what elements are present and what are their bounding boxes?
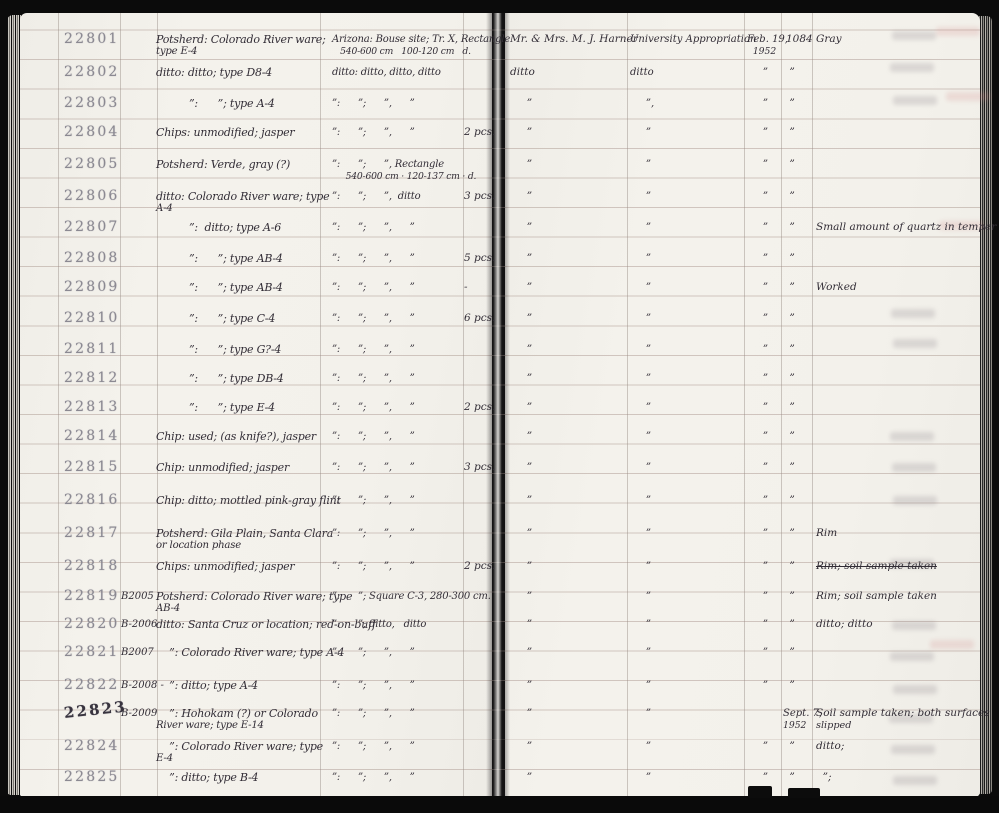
description: ”: ”; type AB-4 [156, 281, 283, 294]
date-received: ” [747, 401, 768, 414]
ledger-row: 22805Potsherd: Verde, gray (?)”: ”; ”, R… [0, 158, 999, 192]
received-from: ” [510, 158, 532, 171]
remarks: ditto; [816, 740, 844, 753]
accession-number: ” [786, 66, 795, 79]
accession-number: ” [786, 401, 795, 414]
catalog-number: 22817 [64, 527, 120, 540]
pieces-count: 6 pcs. [464, 312, 495, 325]
ledger-row: 22810 ”: ”; type C-4”: ”; ”, ”6 pcs. ” ”… [0, 312, 999, 346]
how-acquired: ” [630, 221, 651, 234]
received-from: ” [510, 590, 532, 603]
catalog-number: 22803 [64, 97, 120, 110]
accession-number: ” [786, 190, 795, 203]
received-from: ” [510, 461, 532, 474]
b-number: B-2009 [121, 707, 157, 720]
description: ”: Colorado River ware; typeE-4 [156, 740, 323, 765]
description: ditto: ditto; type D8-4 [156, 66, 272, 79]
catalog-number: 22811 [64, 343, 120, 356]
remarks: Gray [816, 33, 842, 46]
locality: ”: ”; ”, ” [332, 646, 415, 659]
date-received: ” [747, 494, 768, 507]
date-received: ” [747, 66, 768, 79]
locality: ”: ”; ”, ” [332, 527, 415, 540]
ledger-row: 22821B2007 ”: Colorado River ware; type … [0, 646, 999, 680]
received-from: ” [510, 707, 532, 720]
description: Chip: unmodified; jasper [156, 461, 289, 474]
accession-number: ” [786, 343, 795, 356]
accession-number: ” [786, 312, 795, 325]
locality: ”: ”; ”, ” [332, 312, 415, 325]
received-from: ” [510, 740, 532, 753]
description: ”: ditto; type A-6 [156, 221, 281, 234]
ledger-row: 22804Chips: unmodified; jasper”: ”; ”, ”… [0, 126, 999, 160]
catalog-number: 22802 [64, 66, 120, 79]
date-received: ” [747, 343, 768, 356]
catalog-number: 22813 [64, 401, 120, 414]
description: ditto: Colorado River ware; typeA-4 [156, 190, 329, 215]
accession-number: ” [786, 97, 795, 110]
description: Potsherd: Colorado River ware;type E-4 [156, 33, 326, 58]
description: ”: ditto; type B-4 [156, 771, 258, 784]
how-acquired: ” [630, 343, 651, 356]
description: ”: Hohokam (?) or ColoradoRiver ware; ty… [156, 707, 318, 732]
description: Potsherd: Gila Plain, Santa Claraor loca… [156, 527, 333, 552]
received-from: ” [510, 372, 532, 385]
locality: ”: ”; ”, ” [332, 343, 415, 356]
how-acquired: ” [630, 707, 651, 720]
how-acquired: ” [630, 771, 651, 784]
how-acquired: ” [630, 527, 651, 540]
description: ”: ”; type AB-4 [156, 252, 283, 265]
how-acquired: ” [630, 590, 651, 603]
received-from: ” [510, 221, 532, 234]
how-acquired: ” [630, 158, 651, 171]
pieces-count: 3 pcs. [464, 190, 495, 203]
date-received: ” [747, 527, 768, 540]
ledger-row: 22823B-2009 ”: Hohokam (?) or ColoradoRi… [0, 707, 999, 741]
accession-number: ” [786, 590, 795, 603]
remarks: ditto; ditto [816, 618, 873, 631]
received-from: ” [510, 126, 532, 139]
ledger-row: 22815Chip: unmodified; jasper”: ”; ”, ”3… [0, 461, 999, 495]
ledger-row: 22802ditto: ditto; type D8-4ditto: ditto… [0, 66, 999, 100]
date-received: ” [747, 221, 768, 234]
remarks: Worked [816, 281, 857, 294]
locality: ”: ”; ”, Rectangle 540-600 cm · 120-137 … [332, 158, 476, 183]
description: ”: ”; type G?-4 [156, 343, 281, 356]
how-acquired: ” [630, 679, 651, 692]
remarks: Rim [816, 527, 837, 540]
remarks: ”; [816, 771, 832, 784]
date-received: ” [747, 560, 768, 573]
locality: ”: ”; Square C-3, 280-300 cm. [332, 590, 491, 603]
ledger-row: 22801Potsherd: Colorado River ware;type … [0, 33, 999, 67]
catalog-number: 22820 [64, 618, 120, 631]
locality: ditto: ditto, ditto, ditto [332, 66, 441, 79]
catalog-number: 22805 [64, 158, 120, 171]
description: ”: ”; type A-4 [156, 97, 275, 110]
date-received: ” [747, 430, 768, 443]
how-acquired: ”, [630, 97, 654, 110]
received-from: ” [510, 343, 532, 356]
description: Chips: unmodified; jasper [156, 126, 294, 139]
description: Chips: unmodified; jasper [156, 560, 294, 573]
how-acquired: ” [630, 560, 651, 573]
ledger-row: 22809 ”: ”; type AB-4”: ”; ”, ”- ” ” ” ”… [0, 281, 999, 315]
b-number: B2007 [121, 646, 154, 659]
locality: ”: ”; ditto, ditto [332, 618, 426, 631]
received-from: ” [510, 494, 532, 507]
accession-number: ” [786, 618, 795, 631]
description: ”: ”; type E-4 [156, 401, 275, 414]
date-received: Feb. 19, 1952 [747, 33, 788, 58]
accession-number: ” [786, 372, 795, 385]
catalog-number: 22814 [64, 430, 120, 443]
locality: ”: ”; ”, ” [332, 494, 415, 507]
ledger-row: 22817Potsherd: Gila Plain, Santa Claraor… [0, 527, 999, 561]
accession-number: ” [786, 158, 795, 171]
remarks: Rim; soil sample taken [816, 560, 937, 573]
date-received: ” [747, 618, 768, 631]
remarks: Rim; soil sample taken [816, 590, 937, 603]
binder-clamp [788, 788, 820, 798]
accession-number: ” [786, 679, 795, 692]
how-acquired: ” [630, 618, 651, 631]
ledger-row: 22818Chips: unmodified; jasper”: ”; ”, ”… [0, 560, 999, 594]
received-from: ditto [510, 66, 535, 79]
date-received: ” [747, 281, 768, 294]
date-received: ” [747, 771, 768, 784]
how-acquired: ” [630, 281, 651, 294]
binder-clamp [748, 786, 772, 798]
description: Chip: used; (as knife?), jasper [156, 430, 316, 443]
accession-number: ” [786, 560, 795, 573]
how-acquired: University Appropriation [630, 33, 756, 46]
how-acquired: ” [630, 494, 651, 507]
catalog-number: 22825 [64, 771, 120, 784]
catalog-number: 22821 [64, 646, 120, 659]
accession-number: ” [786, 430, 795, 443]
received-from: ” [510, 646, 532, 659]
how-acquired: ” [630, 430, 651, 443]
how-acquired: ” [630, 401, 651, 414]
catalog-number: 22823 [63, 700, 127, 720]
accession-number: ” [786, 740, 795, 753]
locality: ”: ”; ”, ” [332, 221, 415, 234]
accession-number: ” [786, 461, 795, 474]
catalog-number: 22804 [64, 126, 120, 139]
date-received: ” [747, 97, 768, 110]
received-from: Mr. & Mrs. M. J. Harner [510, 33, 638, 46]
date-received: ” [747, 126, 768, 139]
catalog-number: 22815 [64, 461, 120, 474]
received-from: ” [510, 97, 532, 110]
ledger-row: 22816Chip: ditto; mottled pink-gray flin… [0, 494, 999, 528]
description: Potsherd: Colorado River ware; typeAB-4 [156, 590, 352, 615]
remarks: Small amount of quartz in temper [816, 221, 996, 234]
description: ”: ”; type C-4 [156, 312, 275, 325]
locality: ”: ”; ”, ” [332, 97, 415, 110]
date-received: ” [747, 740, 768, 753]
how-acquired: ” [630, 646, 651, 659]
date-received: ” [747, 679, 768, 692]
scan-bottom-band [0, 796, 999, 813]
b-number: B-2006 [121, 618, 157, 631]
how-acquired: ditto [630, 66, 654, 79]
description: ”: ditto; type A-4 [156, 679, 258, 692]
pieces-count: - [464, 281, 468, 294]
catalog-number: 22810 [64, 312, 120, 325]
received-from: ” [510, 618, 532, 631]
locality: ”: ”; ”, ” [332, 126, 415, 139]
received-from: ” [510, 679, 532, 692]
accession-number: ” [786, 126, 795, 139]
date-received: ” [747, 461, 768, 474]
how-acquired: ” [630, 740, 651, 753]
description: Chip: ditto; mottled pink-gray flint [156, 494, 341, 507]
received-from: ” [510, 430, 532, 443]
how-acquired: ” [630, 252, 651, 265]
catalog-number: 22819 [64, 590, 120, 603]
received-from: ” [510, 401, 532, 414]
locality: ”: ”; ”, ” [332, 401, 415, 414]
how-acquired: ” [630, 190, 651, 203]
received-from: ” [510, 252, 532, 265]
locality: ”: ”; ”, ” [332, 560, 415, 573]
accession-number: ” [786, 252, 795, 265]
locality: Arizona: Bouse site; Tr. X, Rectangle 54… [332, 33, 510, 58]
locality: ”: ”; ”, ” [332, 771, 415, 784]
ledger-row: 22824 ”: Colorado River ware; typeE-4”: … [0, 740, 999, 774]
catalog-number: 22822 [64, 679, 120, 692]
accession-number: ” [786, 281, 795, 294]
received-from: ” [510, 527, 532, 540]
date-received: ” [747, 372, 768, 385]
how-acquired: ” [630, 312, 651, 325]
catalog-number: 22809 [64, 281, 120, 294]
ledger-scan: 22801Potsherd: Colorado River ware;type … [0, 0, 999, 813]
date-received: ” [747, 158, 768, 171]
locality: ”: ”; ”, ” [332, 372, 415, 385]
how-acquired: ” [630, 372, 651, 385]
description: ”: Colorado River ware; type A-4 [156, 646, 344, 659]
catalog-number: 22801 [64, 33, 120, 46]
pieces-count: 5 pcs. [464, 252, 495, 265]
ledger-row: 22806ditto: Colorado River ware; typeA-4… [0, 190, 999, 224]
received-from: ” [510, 771, 532, 784]
date-received: ” [747, 590, 768, 603]
accession-number: ” [786, 494, 795, 507]
how-acquired: ” [630, 126, 651, 139]
accession-number: ” [786, 221, 795, 234]
date-received: ” [747, 252, 768, 265]
catalog-number: 22816 [64, 494, 120, 507]
locality: ”: ”; ”, ” [332, 252, 415, 265]
received-from: ” [510, 281, 532, 294]
locality: ”: ”; ”, ” [332, 461, 415, 474]
accession-number: ” [786, 527, 795, 540]
locality: ”: ”; ”, ” [332, 430, 415, 443]
date-received: ” [747, 190, 768, 203]
received-from: ” [510, 190, 532, 203]
accession-number: 1084 [786, 33, 813, 46]
catalog-number: 22818 [64, 560, 120, 573]
received-from: ” [510, 312, 532, 325]
catalog-number: 22812 [64, 372, 120, 385]
description: ”: ”; type DB-4 [156, 372, 284, 385]
ledger-row: 22807 ”: ditto; type A-6”: ”; ”, ” ” ” ”… [0, 221, 999, 255]
pieces-count: 2 pcs. [464, 126, 495, 139]
locality: ”: ”; ”, ” [332, 679, 415, 692]
accession-number: ” [786, 771, 795, 784]
remarks: Soil sample taken; both surfacesslipped [816, 707, 990, 732]
date-received: ” [747, 312, 768, 325]
locality: ”: ”; ”, ” [332, 707, 415, 720]
how-acquired: ” [630, 461, 651, 474]
b-number: B2005 [121, 590, 154, 603]
received-from: ” [510, 560, 532, 573]
date-received: ” [747, 646, 768, 659]
accession-number: ” [786, 646, 795, 659]
locality: ”: ”; ”, ” [332, 281, 415, 294]
catalog-number: 22808 [64, 252, 120, 265]
locality: ”: ”; ”, ditto [332, 190, 420, 203]
ledger-row: 22814Chip: used; (as knife?), jasper”: ”… [0, 430, 999, 464]
description: Potsherd: Verde, gray (?) [156, 158, 290, 171]
catalog-number: 22806 [64, 190, 120, 203]
catalog-number: 22824 [64, 740, 120, 753]
catalog-number: 22807 [64, 221, 120, 234]
pieces-count: 2 pcs. [464, 560, 495, 573]
locality: ”: ”; ”, ” [332, 740, 415, 753]
pieces-count: 3 pcs. [464, 461, 495, 474]
pieces-count: 2 pcs. [464, 401, 495, 414]
